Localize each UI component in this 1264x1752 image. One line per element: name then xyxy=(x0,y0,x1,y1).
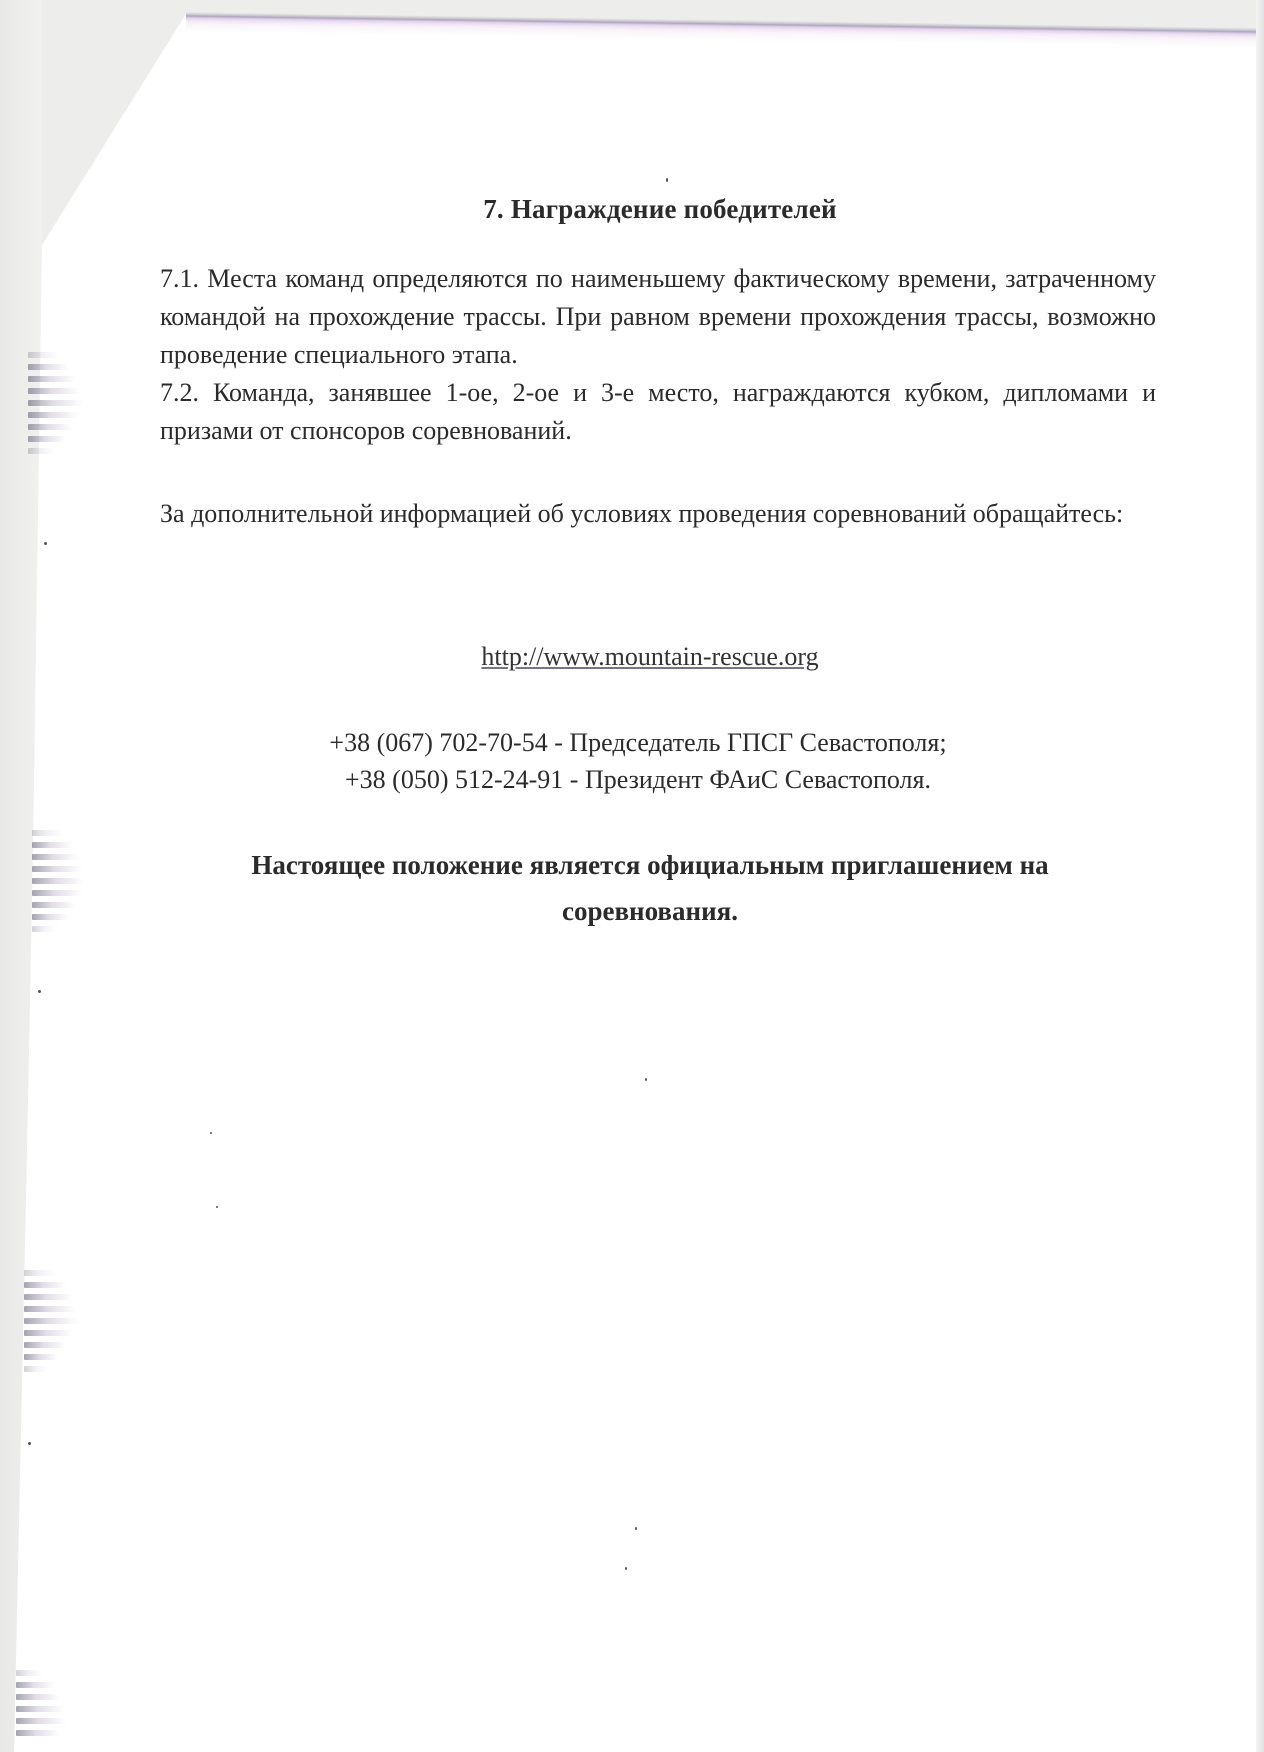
contact-info-paragraph: За дополнительной информацией об условия… xyxy=(160,494,1156,534)
paragraph-7-1: 7.1. Места команд определяются по наимен… xyxy=(160,260,1156,374)
paragraph-text: За дополнительной информацией об условия… xyxy=(160,494,1156,534)
website-link[interactable]: http://www.mountain-rescue.org xyxy=(481,642,818,671)
website-line: http://www.mountain-rescue.org xyxy=(0,642,1264,672)
closing-notice: Настоящее положение является официальным… xyxy=(190,842,1110,934)
paragraph-text: 7.1. Места команд определяются по наимен… xyxy=(160,260,1156,374)
paragraph-7-2: 7.2. Команда, занявшее 1-ое, 2-ое и 3-е … xyxy=(160,374,1156,450)
section-title: 7. Награждение победителей xyxy=(0,194,1264,225)
contact-phone-chairman: +38 (067) 702-70-54 - Председатель ГПСГ … xyxy=(0,728,1264,758)
document-content: 7. Награждение победителей 7.1. Места ко… xyxy=(0,0,1264,1752)
contact-phone-president: +38 (050) 512-24-91 - Президент ФАиС Сев… xyxy=(0,765,1264,795)
paragraph-text: 7.2. Команда, занявшее 1-ое, 2-ое и 3-е … xyxy=(160,374,1156,450)
